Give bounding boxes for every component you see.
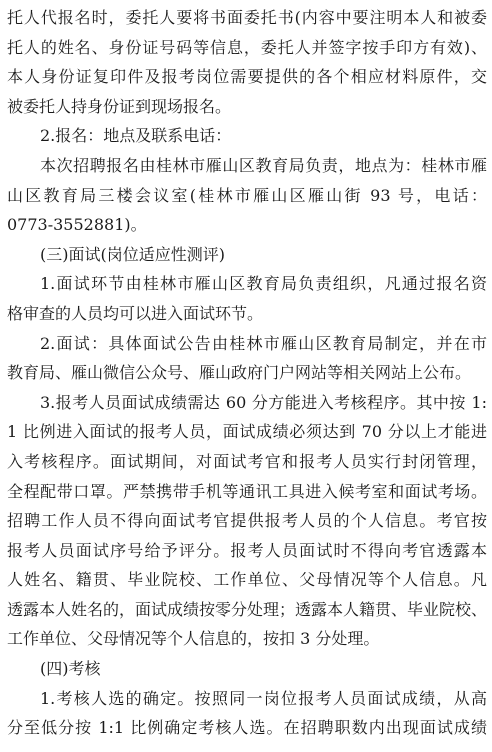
text-line: 山区教育局三楼会议室(桂林市雁山区雁山街 93 号，电话： <box>7 181 487 211</box>
text-line: (三)面试(岗位适应性测评) <box>7 240 487 270</box>
text-line: 招聘工作人员不得向面试考官提供报考人员的个人信息。考官按 <box>7 506 487 536</box>
text-line: 人姓名、籍贯、毕业院校、工作单位、父母情况等个人信息。凡 <box>7 565 487 595</box>
text-line: 托人的姓名、身份证号码等信息，委托人并签字按手印方有效)、 <box>7 33 487 63</box>
text-line: 1.面试环节由桂林市雁山区教育局负责组织，凡通过报名资 <box>7 269 487 299</box>
text-line: 托人代报名时，委托人要将书面委托书(内容中要注明本人和被委 <box>7 3 487 33</box>
text-line: 3.报考人员面试成绩需达 60 分方能进入考核程序。其中按 1: <box>7 388 487 418</box>
text-line: 2.面试：具体面试公告由桂林市雁山区教育局制定，并在市 <box>7 329 487 359</box>
text-line: 0773-3552881)。 <box>7 210 487 240</box>
text-line: 格审查的人员均可以进入面试环节。 <box>7 299 487 329</box>
text-line: 1.考核人选的确定。按照同一岗位报考人员面试成绩，从高 <box>7 684 487 714</box>
text-line: 教育局、雁山微信公众号、雁山政府门户网站等相关网站上公布。 <box>7 358 487 388</box>
text-line: 本人身份证复印件及报考岗位需要提供的各个相应材料原件，交 <box>7 62 487 92</box>
text-line: 入考核程序。面试期间，对面试考官和报考人员实行封闭管理， <box>7 447 487 477</box>
document-page: 托人代报名时，委托人要将书面委托书(内容中要注明本人和被委托人的姓名、身份证号码… <box>7 3 487 743</box>
text-line: 报考人员面试序号给予评分。报考人员面试时不得向考官透露本 <box>7 536 487 566</box>
text-line: 全程配带口罩。严禁携带手机等通讯工具进入候考室和面试考场。 <box>7 477 487 507</box>
text-line: 本次招聘报名由桂林市雁山区教育局负责，地点为：桂林市雁 <box>7 151 487 181</box>
text-line: 工作单位、父母情况等个人信息的，按扣 3 分处理。 <box>7 624 487 654</box>
text-line: 分至低分按 1:1 比例确定考核人选。在招聘职数内出现面试成绩 <box>7 713 487 743</box>
text-line: 被委托人持身份证到现场报名。 <box>7 92 487 122</box>
text-line: 1 比例进入面试的报考人员，面试成绩必须达到 70 分以上才能进 <box>7 417 487 447</box>
text-line: 透露本人姓名的，面试成绩按零分处理；透露本人籍贯、毕业院校、 <box>7 595 487 625</box>
text-line: (四)考核 <box>7 654 487 684</box>
text-line: 2.报名：地点及联系电话： <box>7 121 487 151</box>
